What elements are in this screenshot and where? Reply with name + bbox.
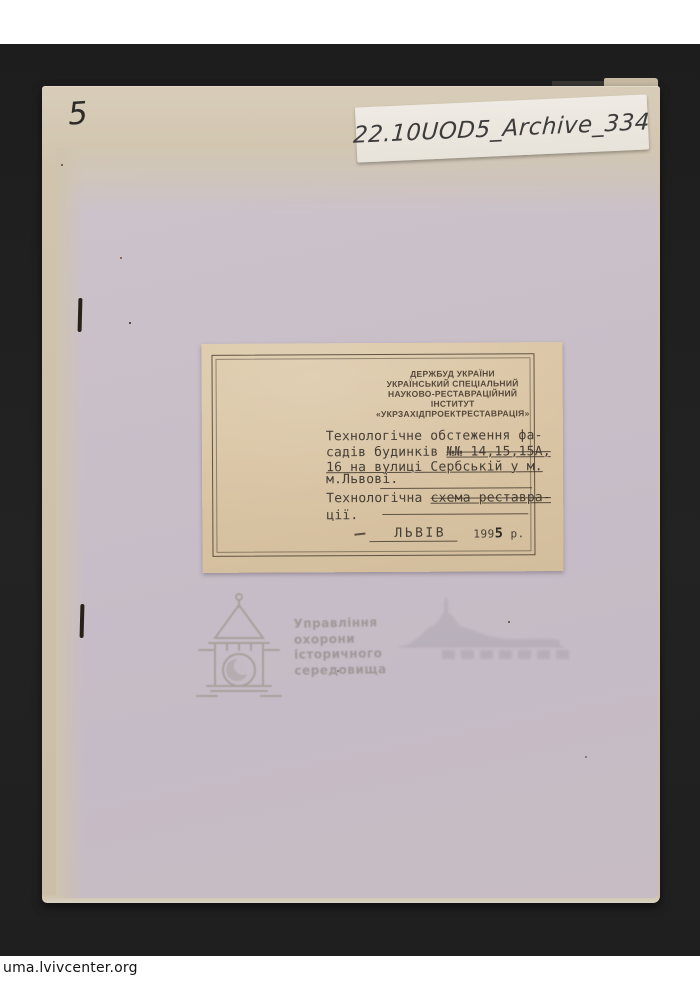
stamp-line: історичного bbox=[294, 646, 387, 663]
stamp-line: Управління bbox=[293, 615, 386, 632]
scanned-document-photo: 5 22.10UOD5_Archive_334 Управління охоро… bbox=[0, 0, 700, 990]
stamp-line: середовища bbox=[294, 662, 387, 679]
archive-code-text: 22.10UOD5_Archive_334 bbox=[353, 109, 651, 149]
org-line: НАУКОВО-РЕСТАВРАЦІЙНИЙ bbox=[363, 388, 543, 399]
site-watermark-text: uma.lvivcenter.org bbox=[3, 960, 138, 976]
cover-left-shading bbox=[56, 148, 84, 898]
doc-type-struck: схема реставра- bbox=[431, 490, 551, 506]
subject-line-2-struck: №№ 14,15,15А, bbox=[446, 444, 550, 460]
institute-name-block: ДЕРЖБУД УКРАЇНИ УКРАЇНСЬКИЙ СПЕЦІАЛЬНИЙ … bbox=[363, 368, 543, 419]
subject-line-2: садів будинків №№ 14,15,15А, bbox=[326, 445, 551, 459]
year-prefix: 199 bbox=[473, 527, 494, 540]
heritage-office-stamp-text: Управління охорони історичного середовищ… bbox=[293, 615, 386, 679]
tower-stamp-icon bbox=[186, 590, 294, 708]
handwritten-page-number: 5 bbox=[67, 95, 89, 132]
doc-type-line-1: Технологічна схема реставра- bbox=[326, 491, 551, 505]
illegible-stamp-smudge bbox=[442, 650, 570, 659]
org-line: «УКРЗАХІДПРОЕКТРЕСТАВРАЦІЯ» bbox=[363, 408, 543, 419]
city-name: ЛЬВІВ bbox=[394, 527, 446, 540]
year-digit: 5 bbox=[495, 525, 504, 541]
title-card: ДЕРЖБУД УКРАЇНИ УКРАЇНСЬКИЙ СПЕЦІАЛЬНИЙ … bbox=[201, 342, 563, 573]
doc-type-line-2: ції. bbox=[326, 509, 358, 522]
stamp-line: охорони bbox=[294, 631, 387, 648]
subject-line-4: м.Львові. bbox=[326, 473, 398, 486]
year-suffix: р. bbox=[503, 527, 524, 540]
year-text: 1995 р. bbox=[473, 527, 524, 540]
doc-type-prefix: Технологічна bbox=[326, 491, 430, 507]
top-margin bbox=[0, 0, 700, 44]
subject-line-1: Технологічне обстеження фа- bbox=[326, 429, 543, 443]
subject-line-2-prefix: садів будинків bbox=[326, 445, 446, 461]
paper-specks bbox=[0, 0, 2, 2]
